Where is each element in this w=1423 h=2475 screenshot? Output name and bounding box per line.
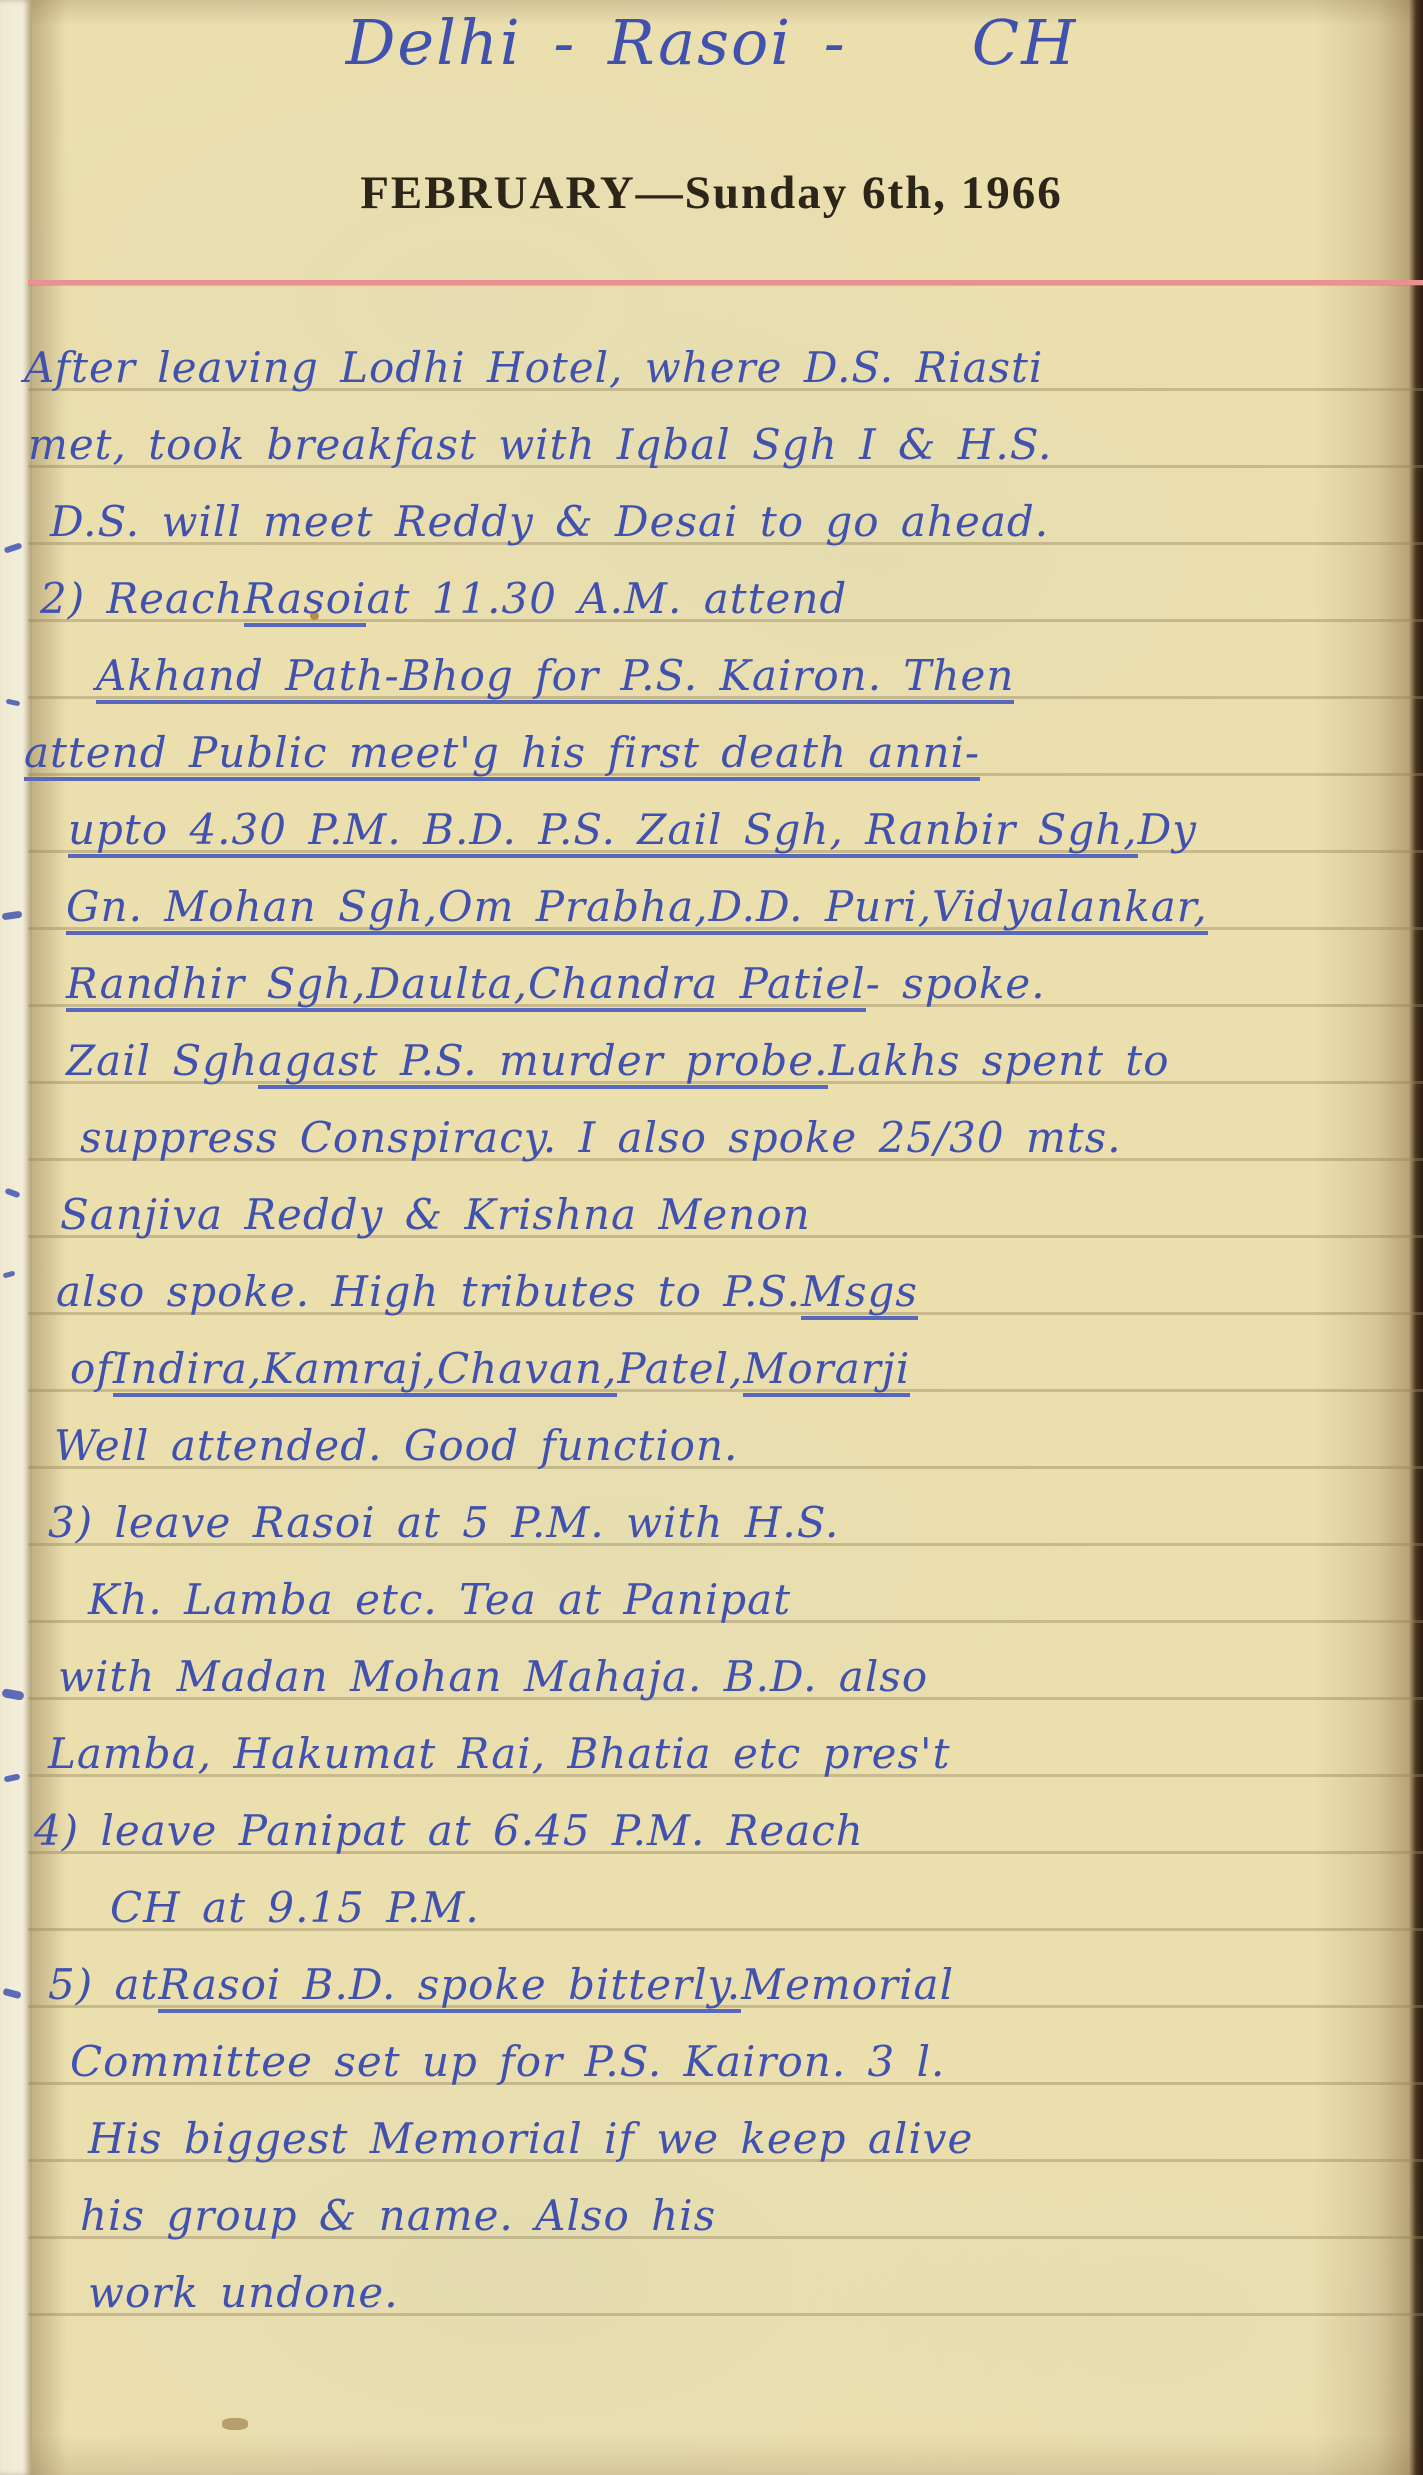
phrase: D.S. will meet Reddy & Desai to go ahead… xyxy=(50,501,1049,543)
underlined-phrase: Vidyalankar, xyxy=(932,886,1208,935)
underlined-phrase: attend Public meet'g his first death ann… xyxy=(24,732,980,781)
phrase: also spoke. High tributes to P.S. xyxy=(56,1271,801,1313)
underlined-phrase: Om Prabha, xyxy=(438,886,708,935)
diary-line: 4) leave Panipat at 6.45 P.M. Reach xyxy=(0,1783,1417,1860)
red-margin-line xyxy=(28,280,1423,285)
underlined-phrase: Rasoi B.D. spoke bitterly. xyxy=(158,1964,741,2013)
diary-line: Lamba, Hakumat Rai, Bhatia etc pres't xyxy=(0,1706,1417,1783)
underlined-phrase: Morarji xyxy=(743,1348,910,1397)
diary-line: 3) leave Rasoi at 5 P.M. with H.S. xyxy=(0,1475,1417,1552)
diary-line: of Indira, Kamraj, Chavan, Patel, Morarj… xyxy=(0,1321,1417,1398)
phrase: Lamba, Hakumat Rai, Bhatia etc pres't xyxy=(48,1733,950,1775)
diary-line: Well attended. Good function. xyxy=(0,1398,1417,1475)
phrase: 4) leave Panipat at 6.45 P.M. Reach xyxy=(34,1810,864,1852)
diary-line: work undone. xyxy=(0,2245,1417,2322)
underlined-phrase: Chavan, xyxy=(437,1348,617,1397)
phrase: Kh. Lamba etc. Tea at Panipat xyxy=(88,1579,791,1621)
printed-date-header: FEBRUARY—Sunday 6th, 1966 xyxy=(0,166,1423,220)
diary-line: 5) at Rasoi B.D. spoke bitterly. Memoria… xyxy=(0,1937,1417,2014)
underlined-phrase: Daulta, xyxy=(367,963,528,1012)
underlined-phrase: Randhir Sgh, xyxy=(66,963,367,1012)
handwritten-title: Delhi - Rasoi - CH xyxy=(0,6,1423,79)
phrase: - spoke. xyxy=(866,963,1046,1005)
phrase: 2) Reach xyxy=(40,578,244,620)
diary-line: His biggest Memorial if we keep alive xyxy=(0,2091,1417,2168)
diary-line: upto 4.30 P.M. B.D. P.S. Zail Sgh, Ranbi… xyxy=(0,782,1417,859)
diary-line: met, took breakfast with Iqbal Sgh I & H… xyxy=(0,397,1417,474)
phrase: Committee set up for P.S. Kairon. 3 l. xyxy=(70,2041,945,2083)
phrase: work undone. xyxy=(88,2272,399,2314)
handwritten-title-left: Delhi - Rasoi - xyxy=(346,6,847,79)
paper-speck xyxy=(222,2418,248,2430)
phrase: Well attended. Good function. xyxy=(54,1425,738,1467)
phrase: Memorial xyxy=(741,1964,954,2006)
diary-line: his group & name. Also his xyxy=(0,2168,1417,2245)
phrase: suppress Conspiracy. I also spoke 25/30 … xyxy=(80,1117,1122,1159)
underlined-phrase: Kamraj, xyxy=(262,1348,437,1397)
underlined-phrase: Gn. Mohan Sgh, xyxy=(66,886,438,935)
diary-line: Akhand Path-Bhog for P.S. Kairon. Then xyxy=(0,628,1417,705)
diary-line: D.S. will meet Reddy & Desai to go ahead… xyxy=(0,474,1417,551)
diary-page: Delhi - Rasoi - CH FEBRUARY—Sunday 6th, … xyxy=(0,0,1423,2475)
phrase: Lakhs spent to xyxy=(828,1040,1169,1082)
diary-line: After leaving Lodhi Hotel, where D.S. Ri… xyxy=(0,320,1417,397)
phrase: After leaving Lodhi Hotel, where D.S. Ri… xyxy=(24,347,1043,389)
phrase: 3) leave Rasoi at 5 P.M. with H.S. xyxy=(48,1502,839,1544)
phrase: Patel, xyxy=(617,1348,743,1390)
diary-line: suppress Conspiracy. I also spoke 25/30 … xyxy=(0,1090,1417,1167)
underlined-phrase: Msgs xyxy=(801,1271,918,1320)
phrase: Sanjiva Reddy & Krishna Menon xyxy=(60,1194,811,1236)
diary-line: Gn. Mohan Sgh, Om Prabha, D.D. Puri, Vid… xyxy=(0,859,1417,936)
diary-line: with Madan Mohan Mahaja. B.D. also xyxy=(0,1629,1417,1706)
underlined-phrase: Chandra Patiel xyxy=(528,963,866,1012)
underlined-phrase: D.D. Puri, xyxy=(708,886,932,935)
diary-line: Kh. Lamba etc. Tea at Panipat xyxy=(0,1552,1417,1629)
underlined-phrase: Indira, xyxy=(113,1348,262,1397)
diary-line: Zail Sgh agast P.S. murder probe. Lakhs … xyxy=(0,1013,1417,1090)
diary-line: Committee set up for P.S. Kairon. 3 l. xyxy=(0,2014,1417,2091)
underlined-phrase: Akhand Path-Bhog for P.S. Kairon. Then xyxy=(96,655,1014,704)
underlined-phrase: upto 4.30 P.M. B.D. P.S. Zail Sgh, Ranbi… xyxy=(68,809,1138,858)
diary-line: Randhir Sgh, Daulta, Chandra Patiel - sp… xyxy=(0,936,1417,1013)
phrase: Dy xyxy=(1138,809,1197,851)
phrase: Zail Sgh xyxy=(66,1040,258,1082)
phrase: met, took breakfast with Iqbal Sgh I & H… xyxy=(28,424,1052,466)
diary-line: CH at 9.15 P.M. xyxy=(0,1860,1417,1937)
underlined-phrase: agast P.S. murder probe. xyxy=(258,1040,828,1089)
diary-line: also spoke. High tributes to P.S. Msgs xyxy=(0,1244,1417,1321)
phrase: CH at 9.15 P.M. xyxy=(110,1887,480,1929)
diary-line: attend Public meet'g his first death ann… xyxy=(0,705,1417,782)
phrase: His biggest Memorial if we keep alive xyxy=(88,2118,973,2160)
phrase: at 11.30 A.M. attend xyxy=(366,578,847,620)
diary-line: Sanjiva Reddy & Krishna Menon xyxy=(0,1167,1417,1244)
handwritten-title-right: CH xyxy=(972,6,1078,79)
diary-lines: After leaving Lodhi Hotel, where D.S. Ri… xyxy=(0,320,1417,2322)
phrase: 5) at xyxy=(48,1964,158,2006)
diary-line: 2) Reach Rasoi at 11.30 A.M. attend xyxy=(0,551,1417,628)
underlined-phrase: Rasoi xyxy=(244,578,367,627)
phrase: with Madan Mohan Mahaja. B.D. also xyxy=(58,1656,928,1698)
phrase: of xyxy=(70,1348,113,1390)
phrase: his group & name. Also his xyxy=(80,2195,716,2237)
